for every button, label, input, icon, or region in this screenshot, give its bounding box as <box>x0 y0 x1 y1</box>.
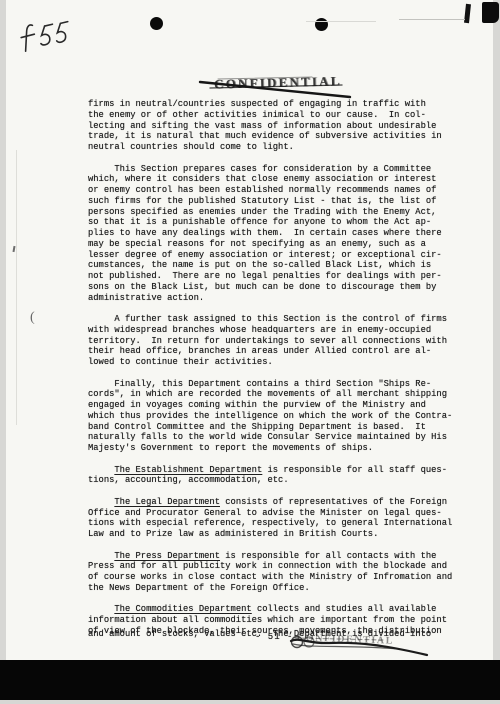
paragraph: The Press Department is responsible for … <box>88 551 468 594</box>
page-number: - 51 - <box>255 632 293 642</box>
paragraph: A further task assigned to this Section … <box>88 314 468 368</box>
scan-streak <box>399 19 465 20</box>
paragraph: The Legal Department consists of represe… <box>88 497 468 540</box>
pencil-mark: ( <box>30 310 35 326</box>
scan-streak <box>306 21 376 22</box>
paragraph: firms in neutral/countries suspected of … <box>88 99 468 153</box>
handwriting-icon <box>18 18 73 55</box>
scan-artifact-mark <box>464 4 471 23</box>
underlined-heading: The Establishment Department <box>114 465 262 475</box>
paragraph: The Commodities Department collects and … <box>88 604 468 626</box>
strikethrough-lines-icon <box>289 630 439 660</box>
scan-black-bar <box>0 660 500 700</box>
paragraph: This Section prepares cases for consider… <box>88 164 468 304</box>
paragraph: The Establishment Department is responsi… <box>88 465 468 487</box>
handwritten-note-f55 <box>18 18 74 60</box>
underlined-heading: The Press Department <box>114 551 220 561</box>
document-body: firms in neutral/countries suspected of … <box>88 99 468 642</box>
scan-artifact-mark <box>482 2 499 23</box>
underlined-heading: The Legal Department <box>114 497 220 507</box>
paper-page: ( CONFIDENTIAL firms in neutral/countrie… <box>6 0 493 660</box>
punch-hole-mark <box>315 18 328 31</box>
underlined-heading: The Commodities Department <box>114 604 251 614</box>
confidential-stamp-bottom: CONFIDENTIAL <box>289 630 439 660</box>
punch-hole-mark <box>150 17 163 30</box>
scan-fold-line <box>16 150 17 425</box>
scanned-document: { "annotations": { "handwritten_note": "… <box>0 0 500 704</box>
paragraph: Finally, this Department contains a thir… <box>88 379 468 454</box>
